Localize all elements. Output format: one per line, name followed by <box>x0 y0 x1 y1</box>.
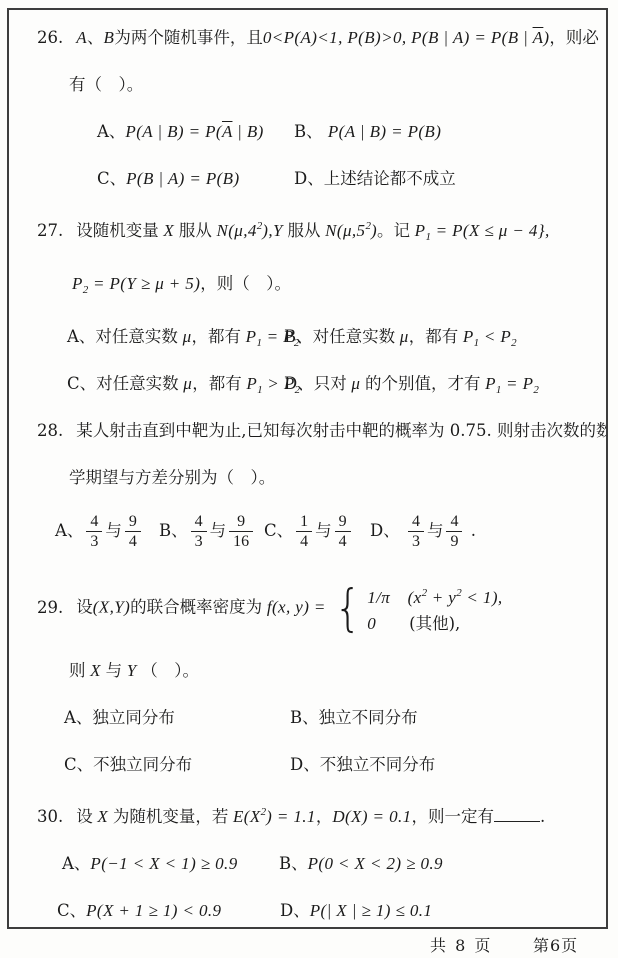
text-segment: ) = 1.1 <box>266 807 316 826</box>
text-segment: P <box>458 327 473 346</box>
text-segment: X <box>93 807 113 826</box>
text-segment: + y <box>427 588 456 607</box>
text-segment: A、独立同分布 <box>64 708 175 727</box>
text-segment: ( <box>390 588 413 607</box>
text-segment: 29. <box>37 598 63 617</box>
text-segment: P <box>242 374 257 393</box>
question-line: 27.设随机变量 X 服从 N(μ,42),Y 服从 N(μ,52)。记 P1 … <box>37 213 598 250</box>
question-line: 则 X 与 Y （ ）。 <box>37 658 598 684</box>
question-line: C、P(X + 1 ≥ 1) < 0.9D、P(| X | ≥ 1) ≤ 0.1 <box>37 898 598 924</box>
case-row: 1/π (x2 + y2 < 1), <box>367 580 502 611</box>
total-pages-label: 共 8 页 <box>430 933 492 956</box>
fraction: 43 <box>191 512 207 551</box>
text-segment: Y <box>122 661 141 680</box>
option-column: D、不独立不同分布 <box>290 752 435 778</box>
text-segment: ，则（ ）。 <box>200 274 291 293</box>
text-segment: P <box>410 221 425 240</box>
text-segment: . <box>540 807 545 826</box>
text-segment: 设 <box>76 807 93 826</box>
option-column: B、对任意实数 μ，都有 P1 < P2 <box>284 324 517 356</box>
page-content: 26.A、B为两个随机事件，且0<P(A)<1, P(B)>0, P(B | A… <box>9 10 606 927</box>
text-segment: 为随机变量，若 <box>113 807 229 826</box>
text-segment: A、 <box>97 122 125 141</box>
text-segment: 设 <box>76 598 93 617</box>
text-segment: D(X) = 0.1 <box>332 807 411 826</box>
question-26: 26.A、B为两个随机事件，且0<P(A)<1, P(B)>0, P(B | A… <box>37 25 598 192</box>
question-line: C、对任意实数 μ，都有 P1 > P2D、只对 μ 的个别值，才有 P1 = … <box>37 371 598 397</box>
question-30: 30.设 X 为随机变量，若 E(X2) = 1.1，D(X) = 0.1，则一… <box>37 799 598 924</box>
text-segment: | B) <box>232 122 263 141</box>
text-segment: 。记 <box>377 221 410 240</box>
text-segment: P(−1 < X < 1) ≥ 0.9 <box>90 854 237 873</box>
question-line: A、对任意实数 μ，都有 P1 = P2B、对任意实数 μ，都有 P1 < P2 <box>37 324 598 350</box>
text-segment: P <box>72 274 83 293</box>
fraction-numerator: 4 <box>86 512 102 531</box>
text-segment: 设随机变量 <box>76 221 159 240</box>
text-segment: X <box>159 221 179 240</box>
text-segment: 、 <box>87 28 104 47</box>
current-page-label: 第6页 <box>533 933 578 956</box>
text-segment: 26. <box>37 28 63 47</box>
text-segment: (X,Y) <box>93 598 130 617</box>
text-segment: C、不独立同分布 <box>64 755 192 774</box>
text-segment: C、 <box>264 521 293 540</box>
page-border: 26.A、B为两个随机事件，且0<P(A)<1, P(B)>0, P(B | A… <box>7 8 608 929</box>
text-segment: A <box>76 28 87 47</box>
option-column: A、对任意实数 μ，都有 P1 = P2 <box>67 324 299 356</box>
text-segment: 与 <box>210 521 227 540</box>
text-segment: μ <box>347 374 365 393</box>
fraction-numerator: 9 <box>229 512 253 531</box>
question-line: 28.某人射击直到中靶为止,已知每次射击中靶的概率为 0.75. 则射击次数的数 <box>37 418 598 444</box>
text-segment: B、 <box>294 122 328 141</box>
option-column: C、P(B | A) = P(B) <box>97 166 240 192</box>
piecewise-function: {1/π (x2 + y2 < 1),0 (其他), <box>332 579 502 637</box>
text-segment: 28. <box>37 421 63 440</box>
text-segment: 服从 <box>288 221 321 240</box>
fraction-numerator: 1 <box>296 512 312 531</box>
text-segment: ，则一定有 <box>412 807 495 826</box>
fraction-denominator: 4 <box>335 531 351 551</box>
option-column: C、14与94 <box>264 512 354 551</box>
question-line: P2 = P(Y ≥ μ + 5)，则（ ）。 <box>37 271 598 303</box>
text-segment: B <box>104 28 115 47</box>
text-segment: B、 <box>279 854 308 873</box>
fraction: 43 <box>86 512 102 551</box>
text-segment: 1/π <box>367 588 390 607</box>
case-rows: 1/π (x2 + y2 < 1),0 (其他), <box>367 580 502 637</box>
fraction-denominator: 16 <box>229 531 253 551</box>
text-segment: 与 <box>427 521 444 540</box>
question-line: 30.设 X 为随机变量，若 E(X2) = 1.1，D(X) = 0.1，则一… <box>37 799 598 830</box>
question-line: C、P(B | A) = P(B)D、上述结论都不成立 <box>37 166 598 192</box>
case-row: 0 (其他), <box>367 611 502 637</box>
text-segment: 与 <box>105 521 122 540</box>
question-29: 29.设(X,Y)的联合概率密度为 f(x, y) = {1/π (x2 + y… <box>37 579 598 778</box>
text-segment: 某人射击直到中靶为止,已知每次射击中靶的概率为 0.75. 则射击次数的数 <box>76 421 606 440</box>
text-segment: μ <box>395 327 409 346</box>
question-line: A、43与94B、43与916C、14与94D、 43与49 . <box>37 512 598 558</box>
text-segment: P <box>480 374 495 393</box>
question-line: A、P(−1 < X < 1) ≥ 0.9B、P(0 < X < 2) ≥ 0.… <box>37 851 598 877</box>
text-segment: B、对任意实数 <box>284 327 395 346</box>
fraction-denominator: 3 <box>86 531 102 551</box>
option-column: D、 43与49 . <box>370 512 476 551</box>
text-segment: A、 <box>55 521 83 540</box>
fraction-denominator: 3 <box>191 531 207 551</box>
fraction-denominator: 4 <box>125 531 141 551</box>
option-column: D、P(| X | ≥ 1) ≤ 0.1 <box>280 898 432 924</box>
left-brace-icon: { <box>335 579 362 637</box>
text-segment: A、对任意实数 <box>67 327 178 346</box>
option-column: A、43与94 <box>55 512 144 551</box>
text-segment: μ <box>178 327 192 346</box>
text-segment: ，都有 <box>409 327 459 346</box>
question-27: 27.设随机变量 X 服从 N(μ,42),Y 服从 N(μ,52)。记 P1 … <box>37 213 598 397</box>
text-segment: B、独立不同分布 <box>290 708 418 727</box>
fraction-numerator: 9 <box>335 512 351 531</box>
text-segment: C、 <box>57 901 86 920</box>
fraction-numerator: 4 <box>408 512 424 531</box>
text-segment: D、 <box>294 169 324 188</box>
fraction-denominator: 9 <box>446 531 462 551</box>
text-segment: 2 <box>533 384 539 396</box>
fraction-numerator: 4 <box>191 512 207 531</box>
text-segment: P <box>241 327 256 346</box>
text-segment: D、只对 <box>284 374 347 393</box>
text-segment: ， <box>316 807 333 826</box>
text-segment: 服从 <box>179 221 212 240</box>
text-segment: ，都有 <box>192 374 242 393</box>
text-segment: 0 <box>367 614 376 633</box>
option-column: A、P(−1 < X < 1) ≥ 0.9 <box>62 851 238 877</box>
option-column: C、P(X + 1 ≥ 1) < 0.9 <box>57 898 221 924</box>
text-segment: < 1), <box>462 588 503 607</box>
text-segment: = P(X ≤ μ − 4}, <box>431 221 550 240</box>
question-line: 26.A、B为两个随机事件，且0<P(A)<1, P(B)>0, P(B | A… <box>37 25 598 51</box>
text-segment: = P <box>501 374 533 393</box>
text-segment: P(A | B) = P( <box>125 122 222 141</box>
page-footer: 共 8 页 第6页 <box>0 933 618 957</box>
option-column: C、不独立同分布 <box>64 752 192 778</box>
text-segment: 的个别值，才有 <box>365 374 481 393</box>
text-segment: B、 <box>159 521 188 540</box>
text-segment: ),Y <box>262 221 287 240</box>
text-segment: 则 <box>69 661 86 680</box>
text-segment: < P <box>479 327 511 346</box>
fraction: 49 <box>446 512 462 551</box>
text-segment: D、不独立不同分布 <box>290 755 435 774</box>
text-segment: P(X + 1 ≥ 1) < 0.9 <box>86 901 221 920</box>
fraction-denominator: 4 <box>296 531 312 551</box>
text-segment: 有（ ）。 <box>69 75 143 94</box>
fraction: 43 <box>408 512 424 551</box>
text-segment: X <box>86 661 106 680</box>
option-column: B、 P(A | B) = P(B) <box>294 119 441 145</box>
text-segment: 与 <box>315 521 332 540</box>
question-line: 29.设(X,Y)的联合概率密度为 f(x, y) = {1/π (x2 + y… <box>37 579 598 637</box>
text-segment: P(| X | ≥ 1) ≤ 0.1 <box>310 901 433 920</box>
text-segment: 0<P(A)<1, P(B)>0, P(B | A) = P(B | <box>263 28 533 47</box>
text-segment: A <box>222 122 232 141</box>
text-segment: 上述结论都不成立 <box>324 169 456 188</box>
text-segment: 27. <box>37 221 63 240</box>
fraction: 14 <box>296 512 312 551</box>
option-column: C、对任意实数 μ，都有 P1 > P2 <box>67 371 300 403</box>
text-segment: （ ）。 <box>141 661 199 680</box>
text-segment: 为两个随机事件，且 <box>114 28 263 47</box>
text-segment: C、对任意实数 <box>67 374 179 393</box>
exam-page: 26.A、B为两个随机事件，且0<P(A)<1, P(B)>0, P(B | A… <box>0 0 618 958</box>
fraction: 916 <box>229 512 253 551</box>
text-segment: (其他), <box>376 614 460 633</box>
question-line: 有（ ）。 <box>37 72 598 98</box>
text-segment: ，都有 <box>192 327 242 346</box>
text-segment: ，则必 <box>549 28 599 47</box>
fraction: 94 <box>335 512 351 551</box>
text-segment: 与 <box>106 661 123 680</box>
option-column: D、只对 μ 的个别值，才有 P1 = P2 <box>284 371 539 403</box>
text-segment: 30. <box>37 807 63 826</box>
text-segment: N(μ,4 <box>212 221 257 240</box>
text-segment: . <box>465 521 476 540</box>
blank-underline <box>494 806 540 822</box>
question-line: 学期望与方差分别为（ ）。 <box>37 465 598 491</box>
fraction-numerator: 9 <box>125 512 141 531</box>
text-segment: 的联合概率密度为 <box>130 598 262 617</box>
option-column: A、P(A | B) = P(A | B) <box>97 119 264 145</box>
text-segment: P(0 < X < 2) ≥ 0.9 <box>308 854 443 873</box>
option-column: D、上述结论都不成立 <box>294 166 456 192</box>
text-segment: μ <box>179 374 193 393</box>
text-segment: A <box>533 28 544 47</box>
text-segment: E(X <box>228 807 260 826</box>
text-segment: f(x, y) = <box>262 598 330 617</box>
question-line: A、独立同分布B、独立不同分布 <box>37 705 598 731</box>
text-segment: A、 <box>62 854 90 873</box>
fraction: 94 <box>125 512 141 551</box>
text-segment: P(A | B) = P(B) <box>328 122 441 141</box>
question-28: 28.某人射击直到中靶为止,已知每次射击中靶的概率为 0.75. 则射击次数的数… <box>37 418 598 558</box>
option-column: A、独立同分布 <box>64 705 175 731</box>
text-segment: D、 <box>280 901 310 920</box>
option-column: B、43与916 <box>159 512 256 551</box>
text-segment: 2 <box>511 337 517 349</box>
text-segment: P(B | A) = P(B) <box>126 169 239 188</box>
question-line: C、不独立同分布D、不独立不同分布 <box>37 752 598 778</box>
question-line: A、P(A | B) = P(A | B)B、 P(A | B) = P(B) <box>37 119 598 145</box>
option-column: B、独立不同分布 <box>290 705 418 731</box>
text-segment: D、 <box>370 521 405 540</box>
text-segment: N(μ,5 <box>321 221 366 240</box>
fraction-denominator: 3 <box>408 531 424 551</box>
option-column: B、P(0 < X < 2) ≥ 0.9 <box>279 851 443 877</box>
text-segment: 学期望与方差分别为（ ）。 <box>69 468 275 487</box>
fraction-numerator: 4 <box>446 512 462 531</box>
text-segment: x <box>414 588 422 607</box>
text-segment: C、 <box>97 169 126 188</box>
text-segment: = P(Y ≥ μ + 5) <box>88 274 200 293</box>
